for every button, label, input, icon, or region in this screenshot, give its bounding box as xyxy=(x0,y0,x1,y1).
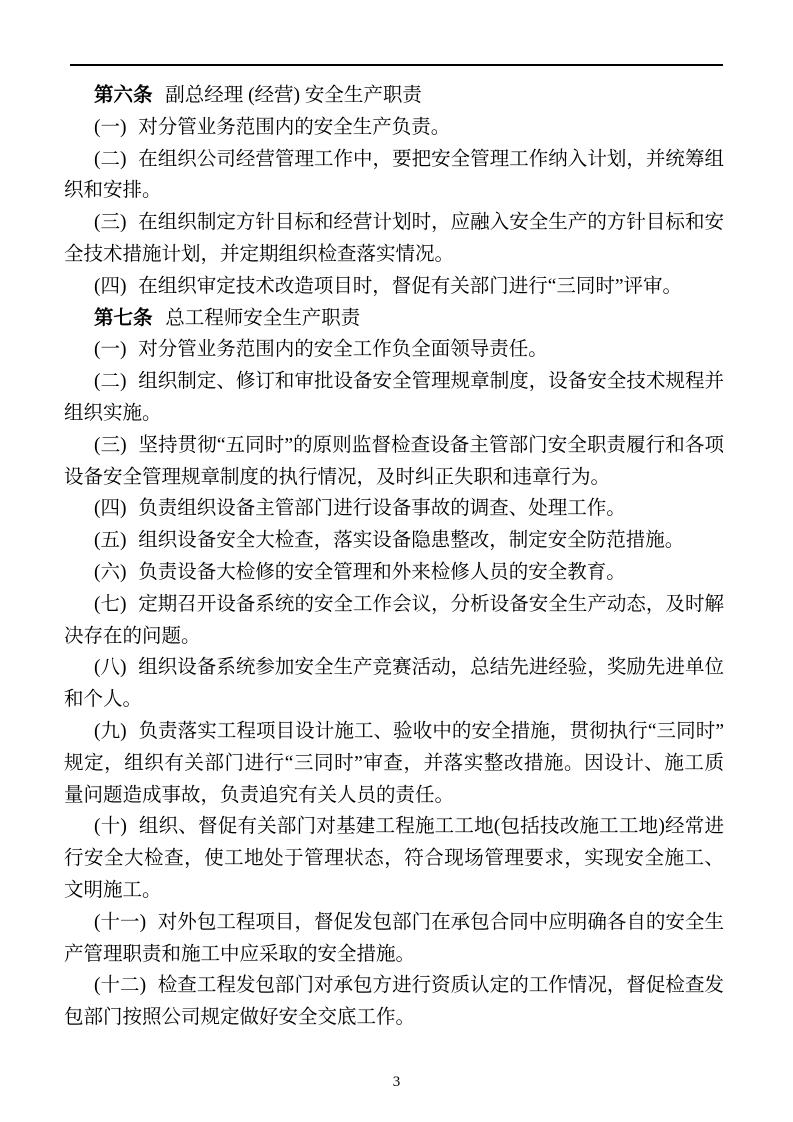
clause-item: (七)定期召开设备系统的安全工作会议，分析设备安全生产动态，及时解决存在的问题。 xyxy=(64,589,724,653)
clause-text: 负责落实工程项目设计施工、验收中的安全措施，贯彻执行“三同时”规定，组织有关部门… xyxy=(64,721,724,806)
clause-item: (十)组织、督促有关部门对基建工程施工工地(包括技改施工工地)经常进行安全大检查… xyxy=(64,811,724,906)
clause-item: (四)负责组织设备主管部门进行设备事故的调查、处理工作。 xyxy=(64,493,724,525)
clause-text: 对外包工程项目，督促发包部门在承包合同中应明确各自的安全生产管理职责和施工中应采… xyxy=(64,912,724,965)
article-heading: 第六条副总经理 (经营) 安全生产职责 xyxy=(64,80,724,112)
clause-text: 组织设备安全大检查，落实设备隐患整改，制定安全防范措施。 xyxy=(138,530,684,551)
document-body: 第六条副总经理 (经营) 安全生产职责 (一)对分管业务范围内的安全生产负责。 … xyxy=(64,80,724,1034)
article-number: 第七条 xyxy=(94,308,153,329)
clause-number: (三) xyxy=(94,435,127,456)
clause-number: (三) xyxy=(94,212,127,233)
clause-text: 对分管业务范围内的安全生产负责。 xyxy=(138,117,450,138)
clause-number: (四) xyxy=(94,498,127,519)
clause-text: 在组织制定方针目标和经营计划时，应融入安全生产的方针目标和安全技术措施计划，并定… xyxy=(64,212,724,265)
article-heading: 第七条总工程师安全生产职责 xyxy=(64,303,724,335)
clause-number: (十一) xyxy=(94,912,146,933)
clause-number: (一) xyxy=(94,117,127,138)
clause-text: 检查工程发包部门对承包方进行资质认定的工作情况，督促检查发包部门按照公司规定做好… xyxy=(64,975,724,1028)
clause-item: (三)坚持贯彻“五同时”的原则监督检查设备主管部门安全职责履行和各项设备安全管理… xyxy=(64,430,724,494)
clause-number: (十二) xyxy=(94,975,146,996)
article-title: 副总经理 (经营) 安全生产职责 xyxy=(165,85,422,106)
clause-text: 在组织公司经营管理工作中，要把安全管理工作纳入计划，并统筹组织和安排。 xyxy=(64,149,724,202)
clause-item: (二)组织制定、修订和审批设备安全管理规章制度，设备安全技术规程并组织实施。 xyxy=(64,366,724,430)
clause-number: (四) xyxy=(94,276,127,297)
clause-number: (一) xyxy=(94,339,127,360)
clause-item: (十一)对外包工程项目，督促发包部门在承包合同中应明确各自的安全生产管理职责和施… xyxy=(64,907,724,971)
clause-item: (一)对分管业务范围内的安全生产负责。 xyxy=(64,112,724,144)
clause-item: (五)组织设备安全大检查，落实设备隐患整改，制定安全防范措施。 xyxy=(64,525,724,557)
clause-item: (四)在组织审定技术改造项目时，督促有关部门进行“三同时”评审。 xyxy=(64,271,724,303)
clause-item: (十二)检查工程发包部门对承包方进行资质认定的工作情况，督促检查发包部门按照公司… xyxy=(64,970,724,1034)
article-title: 总工程师安全生产职责 xyxy=(165,308,360,329)
clause-number: (八) xyxy=(94,657,127,678)
clause-text: 组织、督促有关部门对基建工程施工工地(包括技改施工工地)经常进行安全大检查，使工… xyxy=(64,816,724,901)
clause-text: 组织设备系统参加安全生产竞赛活动，总结先进经验，奖励先进单位和个人。 xyxy=(64,657,724,710)
page-number: 3 xyxy=(0,1072,793,1092)
clause-text: 组织制定、修订和审批设备安全管理规章制度，设备安全技术规程并组织实施。 xyxy=(64,371,724,424)
document-page: 第六条副总经理 (经营) 安全生产职责 (一)对分管业务范围内的安全生产负责。 … xyxy=(0,0,793,1122)
article-number: 第六条 xyxy=(94,85,153,106)
clause-item: (六)负责设备大检修的安全管理和外来检修人员的安全教育。 xyxy=(64,557,724,589)
clause-text: 负责设备大检修的安全管理和外来检修人员的安全教育。 xyxy=(138,562,626,583)
clause-text: 负责组织设备主管部门进行设备事故的调查、处理工作。 xyxy=(138,498,626,519)
clause-item: (九)负责落实工程项目设计施工、验收中的安全措施，贯彻执行“三同时”规定，组织有… xyxy=(64,716,724,811)
clause-number: (七) xyxy=(94,594,127,615)
clause-item: (一)对分管业务范围内的安全工作负全面领导责任。 xyxy=(64,334,724,366)
clause-text: 在组织审定技术改造项目时，督促有关部门进行“三同时”评审。 xyxy=(138,276,682,297)
clause-number: (二) xyxy=(94,371,127,392)
clause-number: (五) xyxy=(94,530,127,551)
clause-text: 对分管业务范围内的安全工作负全面领导责任。 xyxy=(138,339,548,360)
clause-item: (三)在组织制定方针目标和经营计划时，应融入安全生产的方针目标和安全技术措施计划… xyxy=(64,207,724,271)
clause-item: (二)在组织公司经营管理工作中，要把安全管理工作纳入计划，并统筹组织和安排。 xyxy=(64,144,724,208)
clause-text: 定期召开设备系统的安全工作会议，分析设备安全生产动态，及时解决存在的问题。 xyxy=(64,594,724,647)
clause-text: 坚持贯彻“五同时”的原则监督检查设备主管部门安全职责履行和各项设备安全管理规章制… xyxy=(64,435,724,488)
clause-number: (九) xyxy=(94,721,127,742)
clause-number: (十) xyxy=(94,816,127,837)
clause-item: (八)组织设备系统参加安全生产竞赛活动，总结先进经验，奖励先进单位和个人。 xyxy=(64,652,724,716)
clause-number: (二) xyxy=(94,149,127,170)
header-rule-line xyxy=(70,64,723,66)
clause-number: (六) xyxy=(94,562,127,583)
